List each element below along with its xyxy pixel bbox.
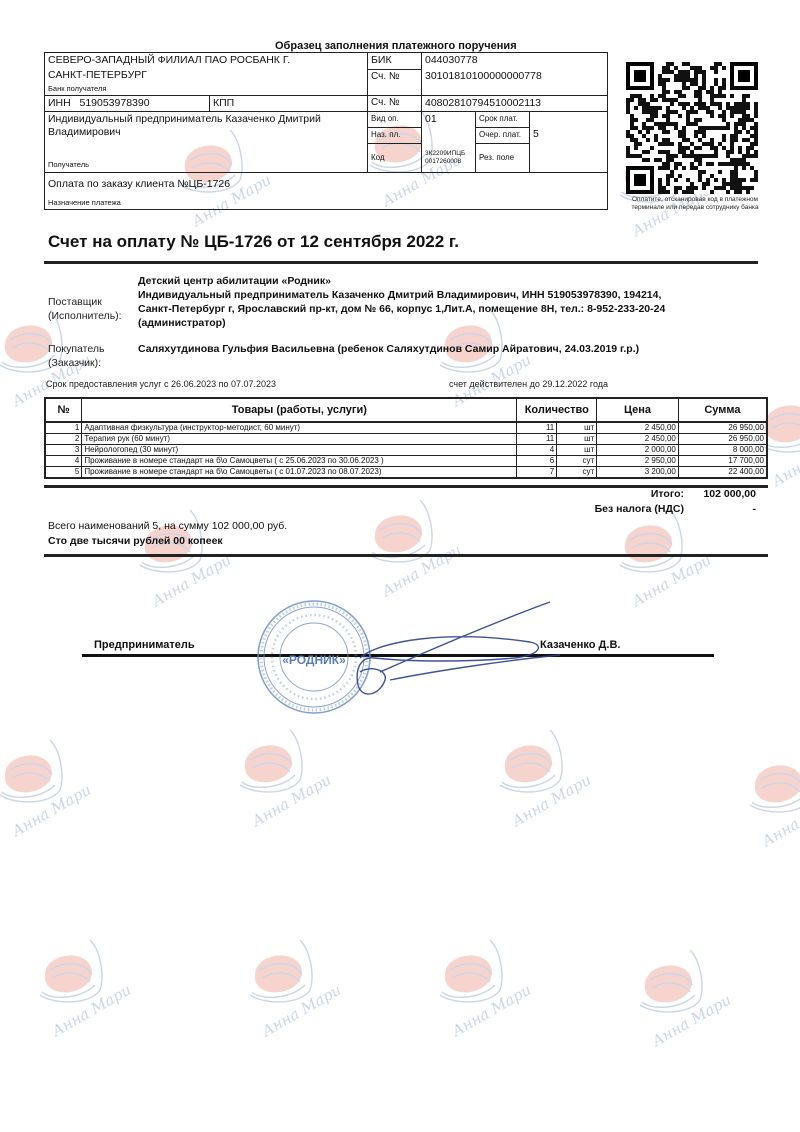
invoice-title: Счет на оплату № ЦБ-1726 от 12 сентября … bbox=[48, 232, 459, 252]
account-label: Сч. № bbox=[367, 95, 421, 111]
col-num-header: № bbox=[45, 398, 82, 422]
row-qty: 11 bbox=[517, 434, 557, 445]
row-sum: 26 950,00 bbox=[678, 422, 767, 434]
corr-account-value: 30101810100000000778 bbox=[421, 69, 607, 95]
table-row: 5Проживание в номере стандарт на б\о Сам… bbox=[45, 467, 767, 479]
supplier-line4: (администратор) bbox=[138, 316, 778, 330]
supplier-line1: Детский центр абилитации «Родник» bbox=[138, 274, 778, 288]
qr-code bbox=[626, 62, 758, 194]
order-value: 5 bbox=[529, 111, 607, 172]
row-price: 2 450,00 bbox=[597, 422, 679, 434]
kpp-label: КПП bbox=[213, 97, 234, 109]
svg-text:Анна Мария: Анна Мария bbox=[648, 986, 730, 1050]
supplier-line2: Индивидуальный предприниматель Казаченко… bbox=[138, 288, 778, 302]
summary-divider bbox=[44, 554, 768, 557]
buyer-label-line2: (Заказчик): bbox=[48, 356, 104, 370]
svg-text:Анна Мария: Анна Мария bbox=[48, 976, 130, 1040]
svg-text:Анна Мария: Анна Мария bbox=[258, 976, 340, 1040]
op-type-label: Вид оп. bbox=[367, 111, 421, 127]
svg-text:Анна Мария: Анна Мария bbox=[378, 536, 460, 600]
items-summary: Всего наименований 5, на сумму 102 000,0… bbox=[48, 520, 287, 532]
watermark-logo-icon: Анна Мария bbox=[0, 730, 90, 840]
watermark-logo-icon: Анна Мария bbox=[220, 720, 330, 830]
supplier-line3: Санкт-Петербург г, Ярославский пр-кт, до… bbox=[138, 302, 778, 316]
supplier-label-line2: (Исполнитель): bbox=[48, 309, 122, 323]
bik-value: 044030778 bbox=[421, 53, 607, 69]
qr-caption: Оплатите, отсканировав код в платежном т… bbox=[615, 196, 775, 212]
watermark-logo-icon: Анна Мария bbox=[480, 720, 590, 830]
vat-label: Без налога (НДС) bbox=[540, 503, 684, 515]
row-name: Проживание в номере стандарт на б\о Само… bbox=[82, 467, 517, 479]
watermark-logo-icon: Анна Мария bbox=[730, 740, 800, 850]
inn-value: 519053978390 bbox=[79, 97, 149, 109]
row-name: Нейрологопед (30 минут) bbox=[82, 445, 517, 456]
payment-form-title: Образец заполнения платежного поручения bbox=[275, 40, 517, 52]
code-value: 3К2209ИПЦБ 0017260008 bbox=[422, 149, 476, 167]
signature-icon bbox=[330, 600, 590, 710]
items-table: № Товары (работы, услуги) Количество Цен… bbox=[44, 397, 768, 479]
kpp-field: КПП bbox=[209, 95, 367, 111]
amount-in-words: Сто две тысячи рублей 00 копеек bbox=[48, 535, 223, 547]
service-period: Срок предоставления услуг с 26.06.2023 п… bbox=[46, 379, 276, 389]
row-num: 1 bbox=[45, 422, 82, 434]
row-unit: сут bbox=[557, 467, 597, 479]
row-price: 2 450,00 bbox=[597, 434, 679, 445]
supplier-label: Поставщик (Исполнитель): bbox=[48, 295, 122, 323]
row-unit: шт bbox=[557, 422, 597, 434]
watermark-logo-icon: Анна Мария bbox=[420, 930, 530, 1040]
row-name: Проживание в номере стандарт на б\о Само… bbox=[82, 456, 517, 467]
signer-role: Предприниматель bbox=[94, 639, 195, 651]
bank-name-line2: САНКТ-ПЕТЕРБУРГ bbox=[45, 68, 365, 82]
inn-field: ИНН 519053978390 bbox=[45, 95, 209, 111]
row-num: 3 bbox=[45, 445, 82, 456]
recipient-line2: Владимирович bbox=[45, 125, 367, 139]
row-price: 3 200,00 bbox=[597, 467, 679, 479]
code-value-line2: 0017260008 bbox=[425, 158, 473, 166]
svg-text:Анна Мария: Анна Мария bbox=[768, 426, 800, 490]
watermark-logo-icon: Анна Мария bbox=[20, 930, 130, 1040]
table-row: 3Нейрологопед (30 минут)4шт2 000,008 000… bbox=[45, 445, 767, 456]
handwritten-signature bbox=[330, 600, 590, 710]
order-label: Очер. плат. bbox=[475, 127, 529, 143]
table-row: 2Терапия рук (60 минут)11шт2 450,0026 95… bbox=[45, 434, 767, 445]
buyer-label: Покупатель (Заказчик): bbox=[48, 342, 104, 370]
row-name: Адаптивная физкультура (инструктор-метод… bbox=[82, 422, 517, 434]
row-price: 2 000,00 bbox=[597, 445, 679, 456]
watermark-logo-icon: Анна Мария bbox=[350, 490, 460, 600]
account-value: 40802810794510002113 bbox=[421, 95, 607, 111]
reserve-label: Рез. поле bbox=[475, 143, 529, 172]
code-label: Код bbox=[367, 143, 421, 172]
table-header-row: № Товары (работы, услуги) Количество Цен… bbox=[45, 398, 767, 422]
payment-purpose: Оплата по заказу клиента №ЦБ-1726 bbox=[45, 172, 607, 190]
row-num: 5 bbox=[45, 467, 82, 479]
col-goods-header: Товары (работы, услуги) bbox=[82, 398, 517, 422]
row-qty: 4 bbox=[517, 445, 557, 456]
bank-label: Банк получателя bbox=[45, 83, 365, 95]
purpose-label: Назначение платежа bbox=[45, 197, 367, 208]
code-value-line1: 3К2209ИПЦБ bbox=[425, 150, 473, 158]
row-sum: 17 700,00 bbox=[678, 456, 767, 467]
row-num: 2 bbox=[45, 434, 82, 445]
bik-label: БИК bbox=[367, 53, 421, 69]
total-value: 102 000,00 bbox=[690, 488, 756, 500]
recipient-label: Получатель bbox=[45, 159, 367, 170]
col-price-header: Цена bbox=[597, 398, 679, 422]
svg-text:Анна Мария: Анна Мария bbox=[508, 766, 590, 830]
row-qty: 11 bbox=[517, 422, 557, 434]
row-sum: 22 400,00 bbox=[678, 467, 767, 479]
term-label: Срок плат. bbox=[475, 111, 529, 127]
col-sum-header: Сумма bbox=[678, 398, 767, 422]
row-name: Терапия рук (60 минут) bbox=[82, 434, 517, 445]
vat-value: - bbox=[690, 503, 756, 515]
supplier-label-line1: Поставщик bbox=[48, 295, 122, 309]
payment-form: СЕВЕРО-ЗАПАДНЫЙ ФИЛИАЛ ПАО РОСБАНК Г. СА… bbox=[44, 52, 608, 210]
row-price: 2 950,00 bbox=[597, 456, 679, 467]
row-unit: сут bbox=[557, 456, 597, 467]
row-unit: шт bbox=[557, 434, 597, 445]
buyer-value: Саляхутдинова Гульфия Васильевна (ребено… bbox=[138, 342, 639, 356]
watermark-logo-icon: Анна Мария bbox=[230, 930, 340, 1040]
table-row: 4Проживание в номере стандарт на б\о Сам… bbox=[45, 456, 767, 467]
row-unit: шт bbox=[557, 445, 597, 456]
buyer-label-line1: Покупатель bbox=[48, 342, 104, 356]
qr-code-icon bbox=[626, 62, 758, 194]
total-label: Итого: bbox=[580, 488, 684, 500]
row-num: 4 bbox=[45, 456, 82, 467]
row-qty: 7 bbox=[517, 467, 557, 479]
inn-label: ИНН bbox=[48, 97, 71, 109]
col-qty-header: Количество bbox=[517, 398, 597, 422]
recipient-line1: Индивидуальный предприниматель Казаченко… bbox=[45, 111, 367, 125]
row-sum: 8 000,00 bbox=[678, 445, 767, 456]
svg-text:Анна Мария: Анна Мария bbox=[448, 976, 530, 1040]
svg-text:Анна Мария: Анна Мария bbox=[758, 786, 800, 850]
supplier-details: Детский центр абилитации «Родник» Индиви… bbox=[138, 274, 778, 330]
watermark-logo-icon: Анна Мария bbox=[620, 940, 730, 1050]
svg-text:Анна Мария: Анна Мария bbox=[8, 776, 90, 840]
svg-text:Анна Мария: Анна Мария bbox=[248, 766, 330, 830]
valid-until: счет действителен до 29.12.2022 года bbox=[449, 379, 608, 389]
table-row: 1Адаптивная физкультура (инструктор-мето… bbox=[45, 422, 767, 434]
row-sum: 26 950,00 bbox=[678, 434, 767, 445]
pay-purpose-label: Наз. пл. bbox=[367, 127, 421, 143]
title-divider bbox=[44, 261, 758, 264]
corr-account-label: Сч. № bbox=[367, 69, 421, 95]
row-qty: 6 bbox=[517, 456, 557, 467]
